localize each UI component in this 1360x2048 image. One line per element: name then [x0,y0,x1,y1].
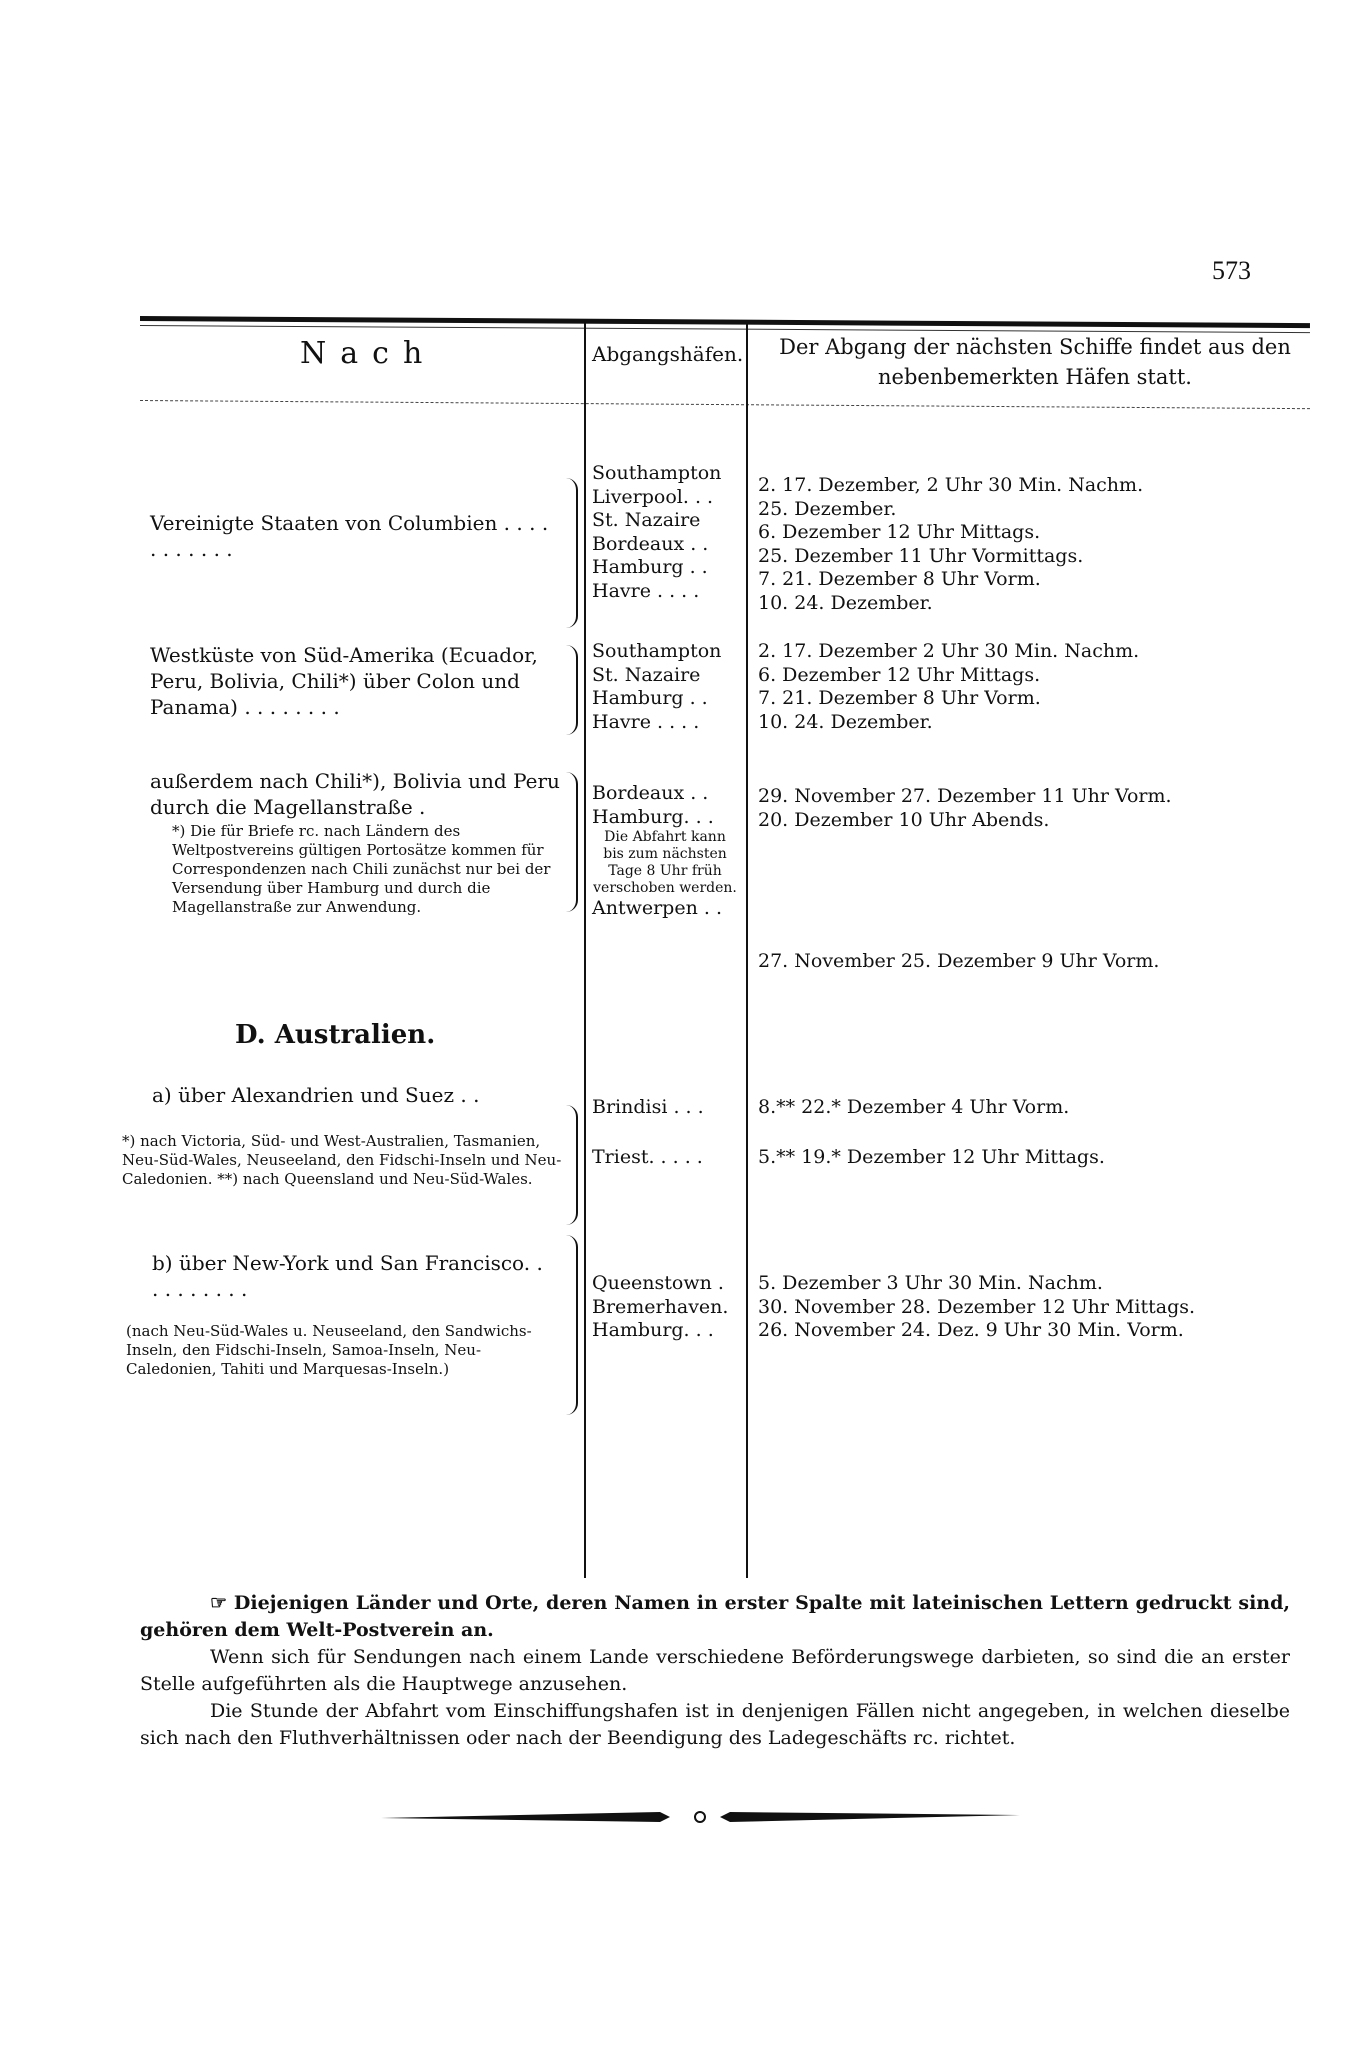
port: St. Nazaire [592,509,742,533]
port: Bremerhaven. [592,1296,742,1320]
port: Southampton [592,462,742,486]
column-header-destination: Nach [300,336,436,371]
footnote-australia-2: (nach Neu-Süd-Wales u. Neuseeland, den S… [126,1322,566,1379]
footnote-chili: *) Die für Briefe rc. nach Ländern des W… [172,822,557,917]
footer-note-routes: Wenn sich für Sendungen nach einem Lande… [140,1644,1290,1698]
column-divider-2 [746,324,748,1578]
footnote-australia: *) nach Victoria, Süd- und West-Australi… [122,1132,567,1189]
brace [566,1235,578,1415]
departure: 30. November 28. Dezember 12 Uhr Mittags… [758,1296,1195,1320]
departure: 25. Dezember 11 Uhr Vormittags. [758,545,1143,569]
departure: 26. November 24. Dez. 9 Uhr 30 Min. Vorm… [758,1319,1195,1343]
ports-list: Southampton St. Nazaire Hamburg . . Havr… [592,640,742,734]
departures-list: 2. 17. Dezember, 2 Uhr 30 Min. Nachm. 25… [758,474,1143,615]
brace [566,645,578,735]
departure: 29. November 27. Dezember 11 Uhr Vorm. [758,785,1172,809]
column-header-departures: Der Abgang der nächsten Schiffe findet a… [770,332,1300,392]
destination-west-coast-south-america: Westküste von Süd-Amerika (Ecuador, Peru… [150,642,560,720]
port: St. Nazaire [592,664,742,688]
departures-list: 8.** 22.* Dezember 4 Uhr Vorm. 5.** 19.*… [758,1082,1105,1182]
port: Brindisi . . . [592,1082,742,1132]
port: Havre . . . . [592,711,742,735]
port: Hamburg. . . [592,806,742,830]
port: Triest. . . . . [592,1132,742,1182]
departure: 7. 21. Dezember 8 Uhr Vorm. [758,568,1143,592]
header-divider [140,400,1310,410]
port: Bordeaux . . [592,782,742,806]
departures-list: 2. 17. Dezember 2 Uhr 30 Min. Nachm. 6. … [758,640,1139,734]
destination-australia-newyork: b) über New-York und San Francisco. . . … [152,1250,552,1302]
column-divider-1 [584,320,586,1578]
ports-list: Southampton Liverpool. . . St. Nazaire B… [592,462,742,603]
departure: 8.** 22.* Dezember 4 Uhr Vorm. [758,1082,1105,1132]
departure: 27. November 25. Dezember 9 Uhr Vorm. [758,950,1159,974]
departure: 7. 21. Dezember 8 Uhr Vorm. [758,687,1139,711]
destination-columbia: Vereinigte Staaten von Columbien . . . .… [150,510,560,562]
departure: 10. 24. Dezember. [758,592,1143,616]
departure: 20. Dezember 10 Uhr Abends. [758,809,1172,833]
port: Queenstown . [592,1272,742,1296]
departure: 6. Dezember 12 Uhr Mittags. [758,521,1143,545]
port-note: Die Abfahrt kann bis zum nächsten Tage 8… [592,829,738,897]
port: Hamburg . . [592,556,742,580]
brace [566,1105,578,1225]
port: Hamburg. . . [592,1319,742,1343]
departure: 25. Dezember. [758,498,1143,522]
destination-chili-magellan: außerdem nach Chili*), Bolivia und Peru … [150,768,560,820]
ports-list: Bordeaux . . Hamburg. . . Die Abfahrt ka… [592,782,742,921]
footer-notes: ☞ Diejenigen Länder und Orte, deren Name… [140,1590,1290,1752]
port: Havre . . . . [592,580,742,604]
departure: 5. Dezember 3 Uhr 30 Min. Nachm. [758,1272,1195,1296]
destination-australia-suez: a) über Alexandrien und Suez . . [152,1082,562,1108]
departure: 2. 17. Dezember, 2 Uhr 30 Min. Nachm. [758,474,1143,498]
ports-list: Queenstown . Bremerhaven. Hamburg. . . [592,1272,742,1343]
brace [566,478,578,628]
departures-list: 5. Dezember 3 Uhr 30 Min. Nachm. 30. Nov… [758,1272,1195,1343]
ports-list: Brindisi . . . Triest. . . . . [592,1082,742,1182]
departures-list: 29. November 27. Dezember 11 Uhr Vorm. 2… [758,785,1172,832]
ornament-divider [380,1810,1020,1824]
brace [566,772,578,912]
departure: 2. 17. Dezember 2 Uhr 30 Min. Nachm. [758,640,1139,664]
section-title: D. Australien. [235,1020,435,1050]
port: Hamburg . . [592,687,742,711]
column-header-ports: Abgangshäfen. [592,342,743,366]
footer-note-upu: ☞ Diejenigen Länder und Orte, deren Name… [140,1590,1290,1644]
departure: 10. 24. Dezember. [758,711,1139,735]
footer-note-hours: Die Stunde der Abfahrt vom Einschiffungs… [140,1698,1290,1752]
port: Antwerpen . . [592,897,742,921]
pointing-hand-icon: ☞ [210,1592,234,1614]
departure: 6. Dezember 12 Uhr Mittags. [758,664,1139,688]
port: Liverpool. . . [592,486,742,510]
port: Southampton [592,640,742,664]
port: Bordeaux . . [592,533,742,557]
departure: 5.** 19.* Dezember 12 Uhr Mittags. [758,1132,1105,1182]
page-number: 573 [1212,256,1251,286]
